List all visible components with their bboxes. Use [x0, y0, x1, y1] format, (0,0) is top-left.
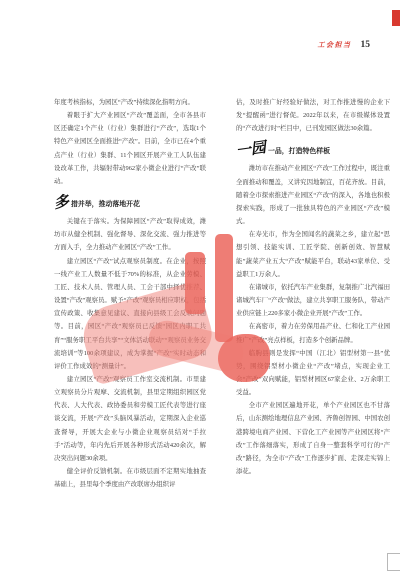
paragraph: 关键在于落实。为保障园区“产改”取得成效，潍坊市从健全机制、强化督导、深化交流、… — [54, 215, 206, 254]
left-column: 年度考核指标，为园区“产改”持续深化指明方向。 着眼于扩大产业园区“产改”覆盖面… — [54, 96, 206, 491]
paragraph: 建立园区“产改”观察员工作室交流机制。市里建立观察员分片观摩、交流机制，县里定期… — [54, 373, 206, 465]
paragraph: 健全评价反馈机制。在市级层面不定期实地抽查基础上，县里每个季度由产改联席办组织评 — [54, 465, 206, 491]
magazine-page: 工会担当 15 年度考核指标，为园区“产改”持续深化指明方向。 着眼于扩大产业园… — [0, 0, 400, 571]
corner-mark — [387, 553, 400, 571]
paragraph: 建立园区“产改”试点观察员制度。在企业，按照一线产业工人数量不低于70%的标准，… — [54, 255, 206, 373]
subhead-left-text: 措并举，推动落地开花 — [71, 198, 140, 209]
paragraph: 在诸城市，依托汽车产业集群，复制推广北汽福田诸城汽车厂“产改”做法，建立共享职工… — [236, 281, 390, 320]
page-header: 工会担当 15 — [318, 40, 371, 50]
subhead-right: 一园 一品，打造特色样板 — [236, 144, 390, 156]
paragraph: 估，及时推广好经验好做法，对工作推进慢的企业下发“提醒函”进行督促。2022年以… — [236, 96, 390, 135]
paragraph: 在高密市，着力在劳保用品产业、仁和化工产业园推广“产改”亮点样板，打造多个创新品… — [236, 320, 390, 346]
page-number: 15 — [361, 40, 371, 50]
paragraph: 在寿光市，作为全国闻名的蔬菜之乡，建立起“思想引领、技能实训、工匠学院、创新创效… — [236, 228, 390, 281]
paragraph: 临朐县则是发挥“中国（江北）铝型材第一县”优势，围绕铝型材小微企业“产改”堵点，… — [236, 347, 390, 400]
subhead-right-text: 一品，打造特色样板 — [268, 145, 330, 156]
watermark-stroke-3 — [215, 234, 233, 342]
calligraphy-ornament: 多 — [53, 196, 70, 210]
paragraph: 全市产业园区遍地开花，单个产业园区也不甘落后，山东测绘地理信息产业园、齐鲁创智园… — [236, 399, 390, 478]
paragraph: 着眼于扩大产业园区“产改”覆盖面，全市各县市区还确定1个产业（行业）集群进行“产… — [54, 109, 206, 188]
right-column: 估，及时推广好经验好做法，对工作推进慢的企业下发“提醒函”进行督促。2022年以… — [236, 96, 390, 478]
paragraph: 年度考核指标，为园区“产改”持续深化指明方向。 — [54, 96, 206, 109]
corner-tab — [392, 10, 400, 26]
calligraphy-ornament: 一园 — [235, 142, 266, 158]
subhead-left: 多 措并举，推动落地开花 — [54, 197, 206, 209]
section-label: 工会担当 — [318, 40, 352, 50]
paragraph: 潍坊市在推动产业园区“产改”工作过程中，既注重全面推动和覆盖，又讲究因地制宜，百… — [236, 162, 390, 228]
